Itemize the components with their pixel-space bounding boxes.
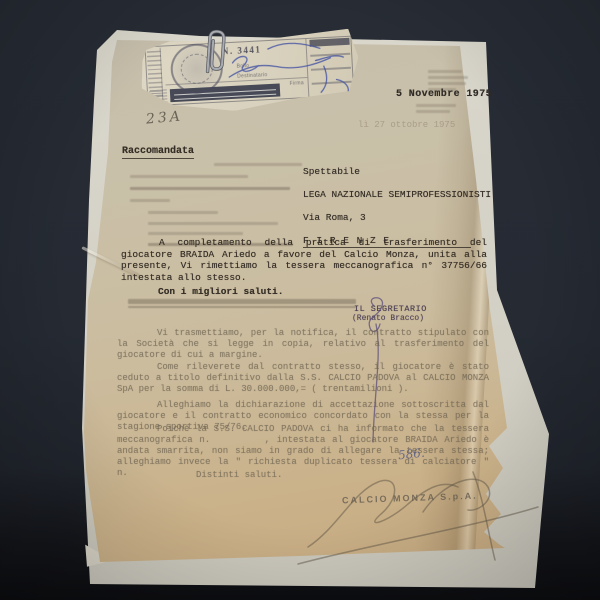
receipt-label-bollo: Bollo [237,63,250,70]
ghost-letterhead-line [428,70,462,73]
ghost-letterhead-line [428,76,468,79]
ghost-letterhead-line [416,104,456,107]
ghost-paragraph: Poiché la S.S. CALCIO PADOVA ci ha infor… [117,424,489,479]
recipient-line: Via Roma, 3 [303,212,491,224]
raccomandata-label: Raccomandata [122,146,194,157]
ghost-closing: Distinti saluti. [196,470,282,480]
photo-background: 5 Novembre 1975 lì 27 ottobre 1975 23A R… [0,0,600,600]
receipt-label-firma: Firma [290,80,305,87]
pencil-note: 23A [145,108,183,127]
secretary-title: IL SEGRETARIO [354,304,427,314]
letter-body: A completamento della pratica di trasfer… [121,237,487,283]
recipient-line: Spettabile [303,166,491,178]
letter-closing: Con i migliori saluti. [158,286,283,298]
paperclip-icon [199,26,232,76]
ghost-paragraph: Vi trasmettiamo, per la notifica, il con… [117,328,489,361]
ghost-letterhead-line [428,82,466,85]
recipient-line: LEGA NAZIONALE SEMIPROFESSIONISTI [303,189,491,201]
pen-number: 586. [397,446,425,463]
ghost-letterhead-line [416,110,450,113]
letter-date: 5 Novembre 1975 [396,89,492,100]
ghost-paragraph: Come rileverete dal contratto stesso, il… [117,362,489,395]
ghost-date: lì 27 ottobre 1975 [358,120,455,130]
secretary-name: (Renato Bracco) [352,314,424,323]
